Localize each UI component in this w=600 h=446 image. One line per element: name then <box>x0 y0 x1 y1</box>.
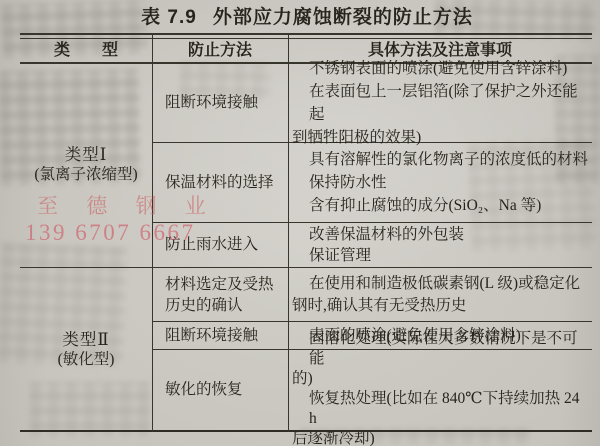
table-row: 阻断环境接触不锈钢表面的喷涂(避免使用含锌涂料)在表面包上一层铝箔(除了保护之外… <box>152 64 592 143</box>
table-number: 表 7.9 <box>141 7 197 28</box>
section-rows: 阻断环境接触不锈钢表面的喷涂(避免使用含锌涂料)在表面包上一层铝箔(除了保护之外… <box>152 64 592 268</box>
detail-line: 的) <box>292 369 590 389</box>
details-cell: 具有溶解性的氯化物离子的浓度低的材料保持防水性含有抑止腐蚀的成分(SiO₂、Na… <box>288 143 592 222</box>
table-section: 类型Ⅱ(敏化型)材料选定及受热历史的确认在使用和制造极低碳素钢(L 级)或稳定化… <box>20 268 592 431</box>
details-cell: 不锈钢表面的喷涂(避免使用含锌涂料)在表面包上一层铝箔(除了保护之外还能起到牺牲… <box>288 64 592 142</box>
table-row: 保温材料的选择具有溶解性的氯化物离子的浓度低的材料保持防水性含有抑止腐蚀的成分(… <box>152 143 592 223</box>
details-cell: 在使用和制造极低碳素钢(L 级)或稳定化钢时,确认其有无受热历史 <box>288 268 592 321</box>
table-bottom-rule <box>20 430 592 433</box>
method-line: 历史的确认 <box>165 295 288 316</box>
detail-line: 保持防水性 <box>292 171 590 194</box>
method-cell: 敏化的恢复 <box>152 350 288 428</box>
detail-line: 具有溶解性的氯化物离子的浓度低的材料 <box>292 148 590 171</box>
method-line: 材料选定及受热 <box>165 274 288 295</box>
header-type: 类 型 <box>20 39 152 62</box>
detail-line: 保证管理 <box>292 245 590 266</box>
method-cell: 保温材料的选择 <box>152 143 288 222</box>
scanned-page: 表 7.9外部应力腐蚀断裂的防止方法 类 型 防止方法 具体方法及注意事项 类型… <box>0 0 600 446</box>
method-line: 阻断环境接触 <box>165 325 288 346</box>
method-cell: 阻断环境接触 <box>152 322 288 349</box>
table-row: 防止雨水进入改善保温材料的外包装保证管理 <box>152 223 592 267</box>
type-line: (敏化型) <box>58 350 115 370</box>
type-line: 类型Ⅰ <box>65 145 108 165</box>
type-line: (氯离子浓缩型) <box>34 165 137 185</box>
detail-line: 恢复热处理(比如在 840℃下持续加热 24 h <box>292 389 590 429</box>
method-cell: 阻断环境接触 <box>152 64 288 142</box>
method-cell: 防止雨水进入 <box>152 223 288 267</box>
type-cell: 类型Ⅰ(氯离子浓缩型) <box>20 64 152 268</box>
type-cell: 类型Ⅱ(敏化型) <box>20 268 152 431</box>
details-cell: 固溶化处理(实际在大多数情况下是不可能的)恢复热处理(比如在 840℃下持续加热… <box>288 350 592 428</box>
method-line: 保温材料的选择 <box>165 172 288 193</box>
table-top-rule <box>20 33 592 35</box>
prevention-methods-table: 类 型 防止方法 具体方法及注意事项 类型Ⅰ(氯离子浓缩型)阻断环境接触不锈钢表… <box>20 33 592 433</box>
table-caption: 表 7.9外部应力腐蚀断裂的防止方法 <box>0 6 600 30</box>
method-cell: 材料选定及受热历史的确认 <box>152 268 288 321</box>
detail-line: 在表面包上一层铝箔(除了保护之外还能起 <box>292 80 590 126</box>
detail-line: 固溶化处理(实际在大多数情况下是不可能 <box>292 329 590 369</box>
detail-line: 含有抑止腐蚀的成分(SiO₂、Na 等) <box>292 194 590 217</box>
detail-line: 在使用和制造极低碳素钢(L 级)或稳定化 <box>292 273 590 295</box>
column-divider-2 <box>288 34 290 432</box>
section-rows: 材料选定及受热历史的确认在使用和制造极低碳素钢(L 级)或稳定化钢时,确认其有无… <box>152 268 592 431</box>
type-line: 类型Ⅱ <box>62 330 109 350</box>
detail-line: 改善保温材料的外包装 <box>292 224 590 245</box>
table-section: 类型Ⅰ(氯离子浓缩型)阻断环境接触不锈钢表面的喷涂(避免使用含锌涂料)在表面包上… <box>20 64 592 269</box>
table-row: 敏化的恢复固溶化处理(实际在大多数情况下是不可能的)恢复热处理(比如在 840℃… <box>152 350 592 428</box>
detail-line: 不锈钢表面的喷涂(避免使用含锌涂料) <box>292 57 590 80</box>
detail-line: 钢时,确认其有无受热历史 <box>292 295 590 317</box>
column-divider-1 <box>152 34 154 432</box>
header-method: 防止方法 <box>152 39 288 62</box>
method-line: 阻断环境接触 <box>165 92 288 113</box>
table-row: 材料选定及受热历史的确认在使用和制造极低碳素钢(L 级)或稳定化钢时,确认其有无… <box>152 268 592 322</box>
table-caption-text: 外部应力腐蚀断裂的防止方法 <box>213 7 473 28</box>
table-body: 类型Ⅰ(氯离子浓缩型)阻断环境接触不锈钢表面的喷涂(避免使用含锌涂料)在表面包上… <box>20 64 592 432</box>
details-cell: 改善保温材料的外包装保证管理 <box>288 223 592 267</box>
method-line: 敏化的恢复 <box>165 379 288 400</box>
method-line: 防止雨水进入 <box>165 234 288 255</box>
